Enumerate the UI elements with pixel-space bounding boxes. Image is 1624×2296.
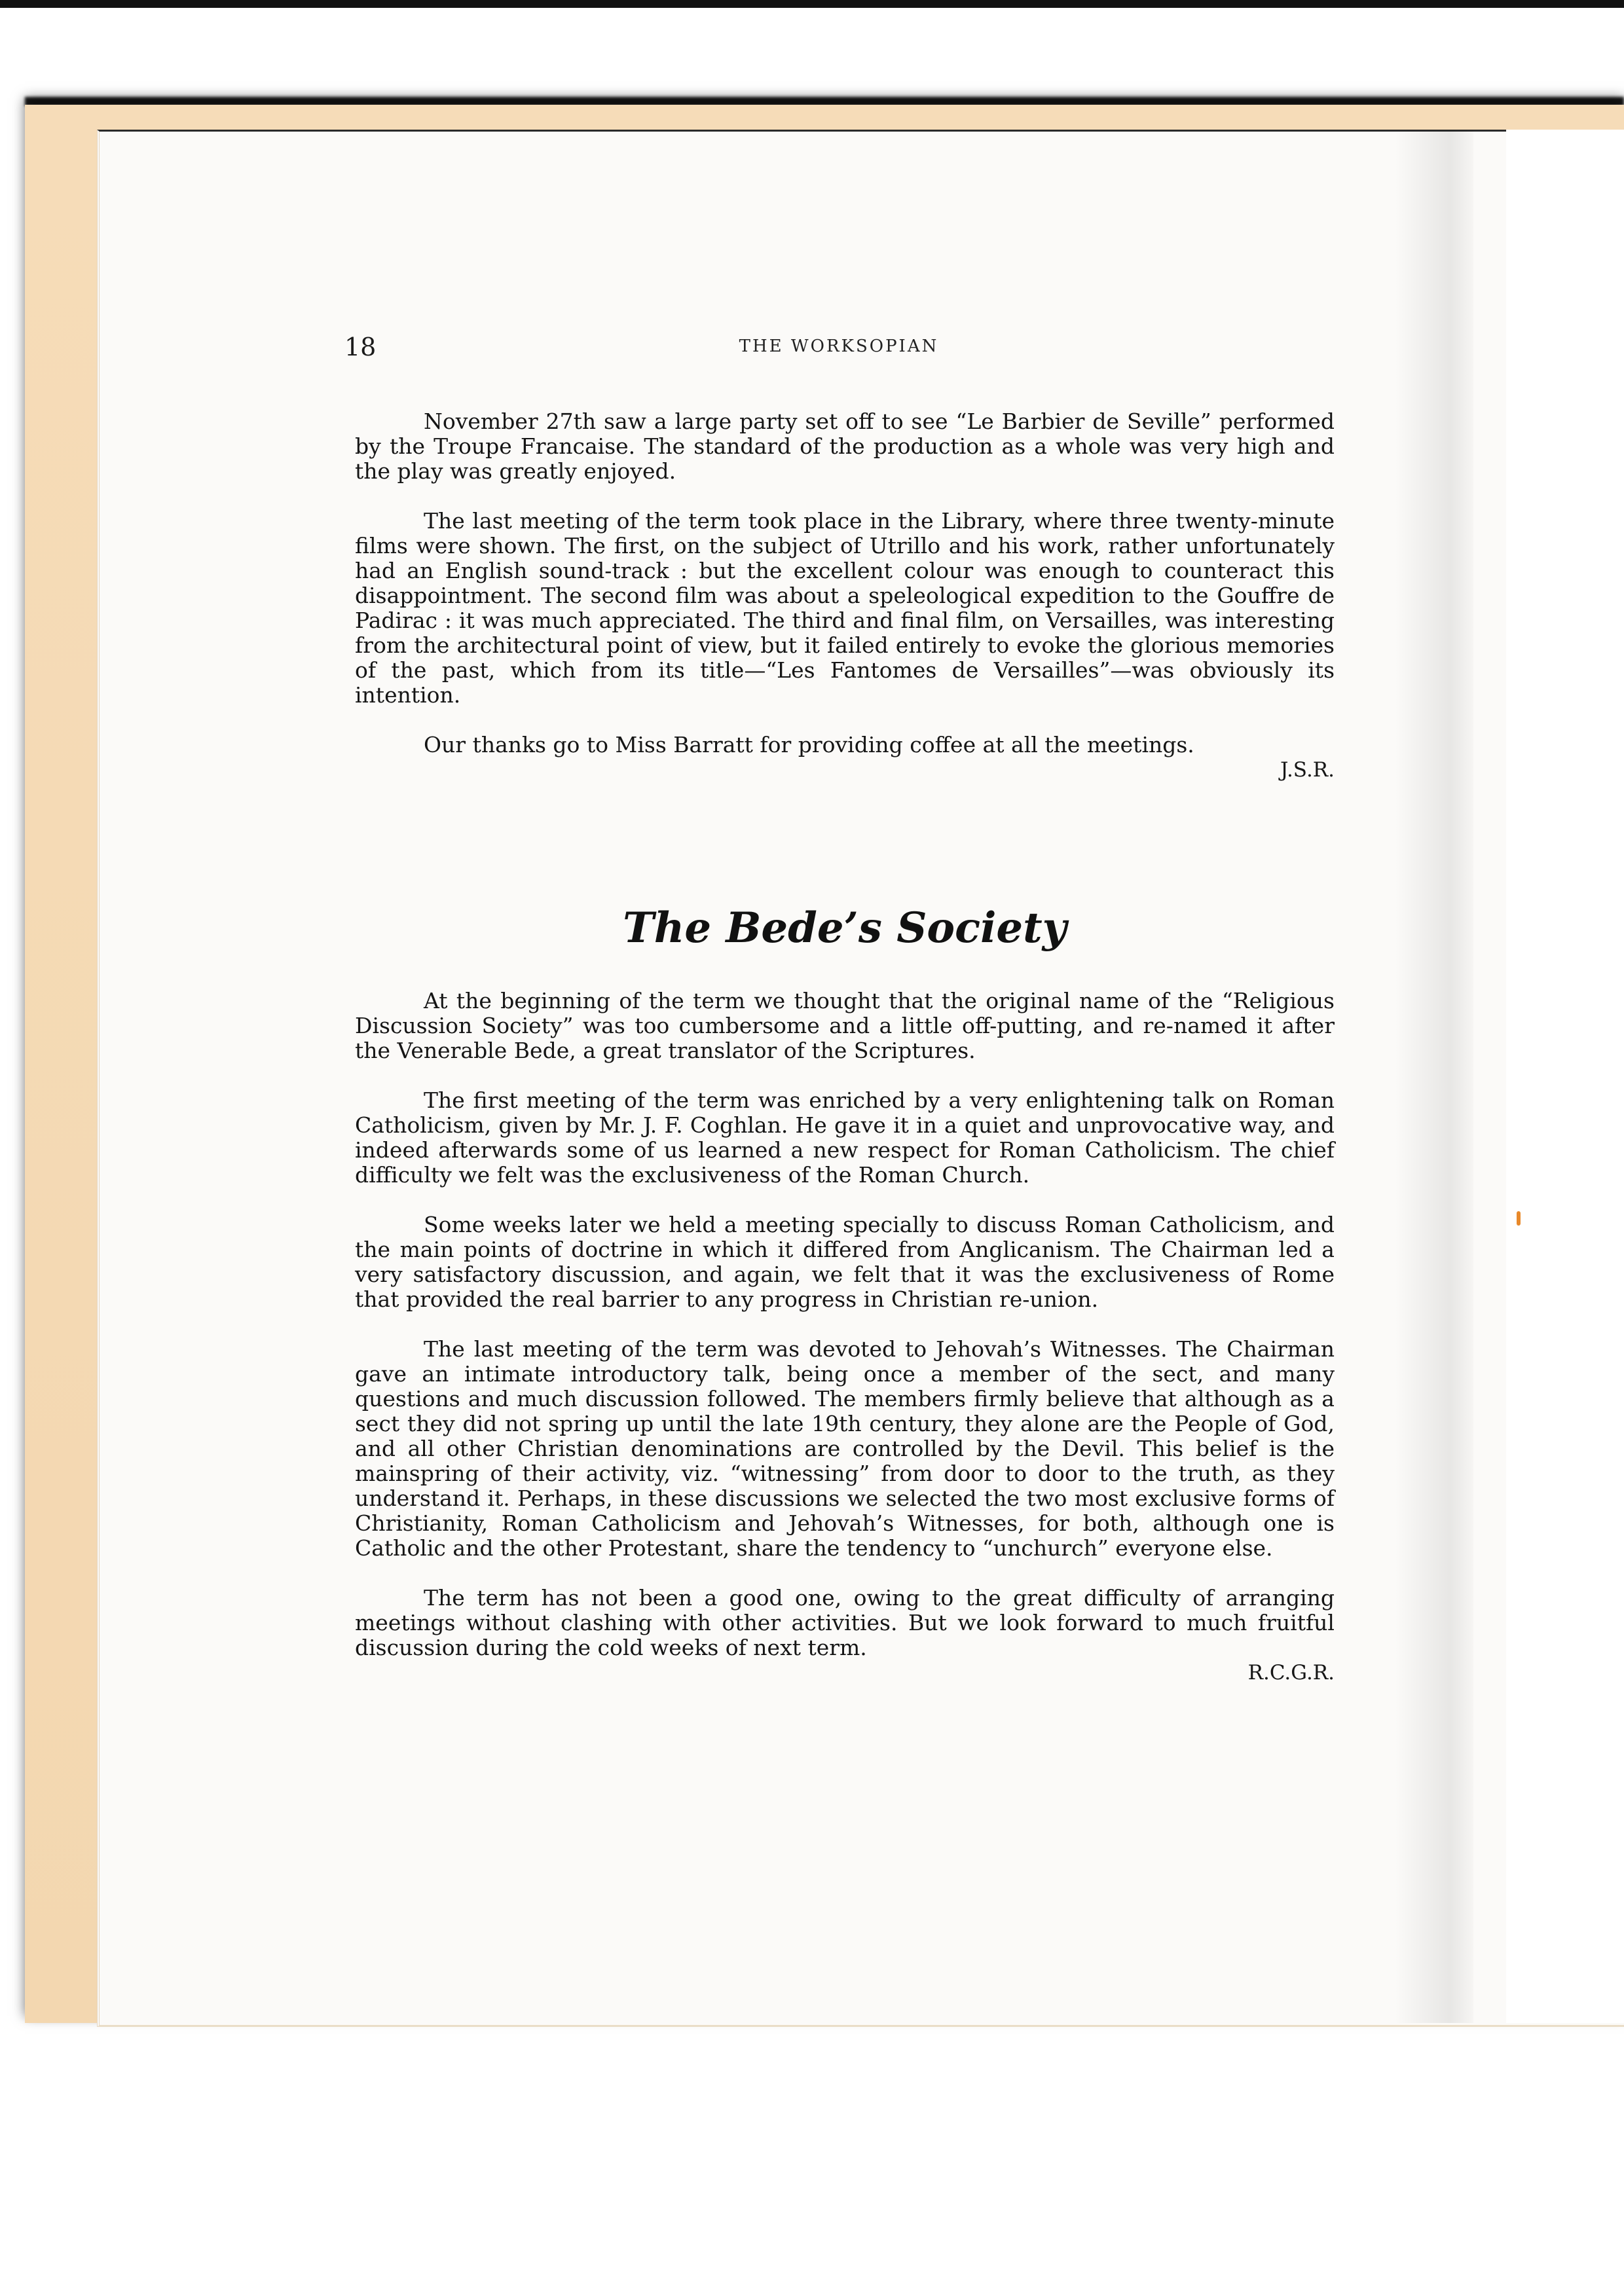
journal-title: THE WORKSOPIAN xyxy=(344,337,1333,356)
scan-top-edge xyxy=(0,0,1624,8)
running-head: 18 THE WORKSOPIAN xyxy=(344,327,1333,367)
paragraph: The last meeting of the term was devoted… xyxy=(355,1337,1335,1561)
author-signature: R.C.G.R. xyxy=(355,1660,1335,1685)
gutter-shadow xyxy=(1395,130,1473,2023)
facing-page-edge xyxy=(1506,130,1624,2023)
paragraph: November 27th saw a large party set off … xyxy=(355,409,1335,484)
section-heading: The Bede’s Society xyxy=(355,903,1335,953)
paragraph: At the beginning of the term we thought … xyxy=(355,989,1335,1063)
paragraph: Some weeks later we held a meeting speci… xyxy=(355,1212,1335,1312)
paragraph: The first meeting of the term was enrich… xyxy=(355,1088,1335,1188)
bedes-society-text: At the beginning of the term we thought … xyxy=(355,989,1335,1685)
paragraph: The term has not been a good one, owing … xyxy=(355,1586,1335,1660)
author-signature: J.S.R. xyxy=(355,757,1335,782)
paragraph: Our thanks go to Miss Barratt for provid… xyxy=(355,733,1335,757)
paper-stain xyxy=(1517,1211,1521,1226)
paragraph: The last meeting of the term took place … xyxy=(355,509,1335,708)
french-society-text: November 27th saw a large party set off … xyxy=(355,409,1335,782)
